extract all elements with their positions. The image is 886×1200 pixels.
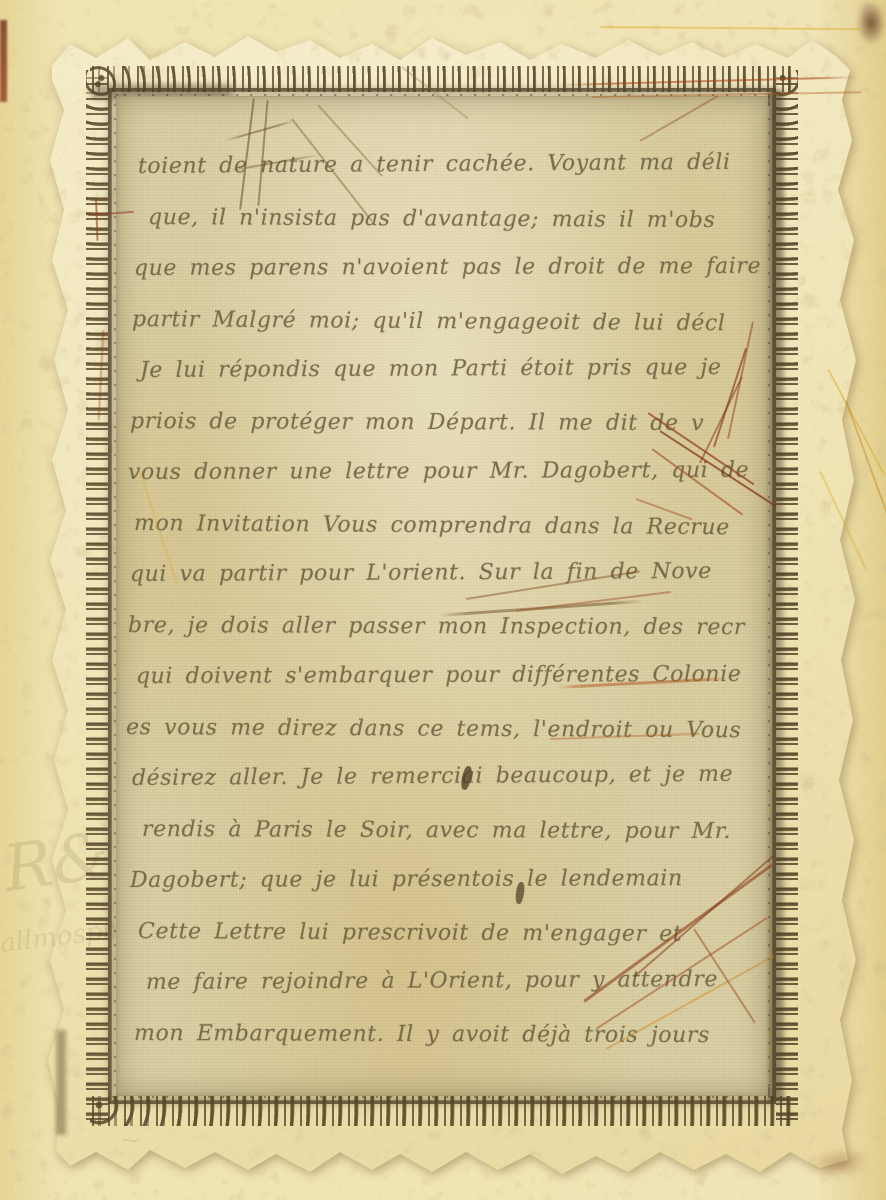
letter-page: toient de nature a tenir cachée. Voyant … [116, 96, 768, 1096]
letter-line: mon Embarquement. Il y avoit déjà trois … [134, 1021, 764, 1074]
letter-line: Je lui répondis que mon Parti étoit pris… [140, 355, 764, 409]
letter-line: qui va partir pour L'orient. Sur la fin … [130, 559, 764, 613]
letter-line: vous donner une lettre pour Mr. Dagobert… [128, 458, 764, 511]
letter-line: priois de protéger mon Départ. Il me dit… [130, 409, 764, 462]
letter-line: désirez aller. Je le remerciai beaucoup,… [132, 762, 764, 817]
letter-line: qui doivent s'embarquer pour différentes… [136, 662, 764, 715]
letter-line: bre, je dois aller passer mon Inspection… [128, 613, 764, 666]
letter-line: toient de nature a tenir cachée. Voyant … [138, 150, 764, 205]
letter-line: Dagobert; que je lui présentois le lende… [130, 866, 764, 919]
letter-text: toient de nature a tenir cachée. Voyant … [116, 96, 768, 1096]
aged-letter-collage: R& allmosph ~ toient de nature a tenir c… [0, 0, 886, 1200]
letter-line: que mes parens n'avoient pas le droit de… [134, 254, 764, 307]
frame-smudge-right [768, 90, 784, 1102]
letter-line: me faire rejoindre à L'Orient, pour y at… [146, 967, 764, 1021]
letter-line: que, il n'insista pas d'avantage; mais i… [148, 205, 764, 259]
letter-line: partir Malgré moi; qu'il m'engageoit de … [132, 307, 764, 362]
letter-line: es vous me direz dans ce tems, l'endroit… [126, 715, 764, 769]
frame-fringe-left [86, 70, 108, 1122]
letter-line: mon Invitation Vous comprendra dans la R… [134, 511, 764, 566]
letter-line: Cette Lettre lui prescrivoit de m'engage… [138, 919, 764, 973]
letter-line: rendis à Paris le Soir, avec ma lettre, … [142, 817, 764, 870]
